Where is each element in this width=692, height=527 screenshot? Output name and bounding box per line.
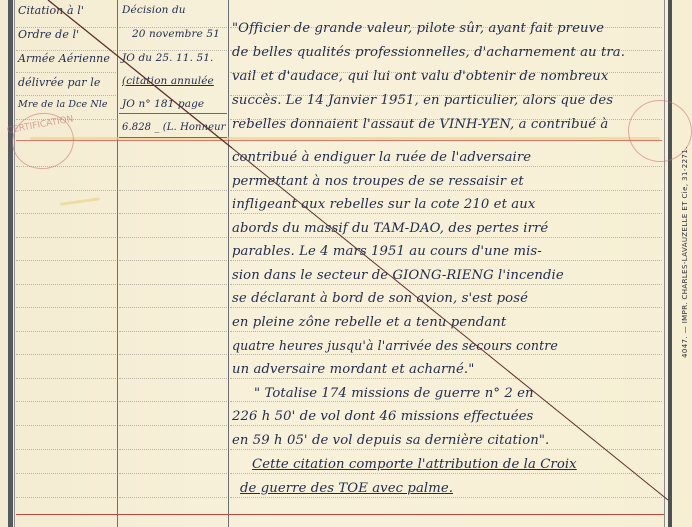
yellow-stain	[60, 197, 100, 206]
citation-decoration-line: Cette citation comporte l'attribution de…	[252, 457, 577, 472]
left-border-thin-rule	[14, 0, 15, 527]
citation-line: 226 h 50' de vol dont 46 missions effect…	[232, 409, 533, 424]
document-page: CERTIFICATION Citation à l' Ordre de l' …	[0, 0, 692, 527]
left-column-line: Citation à l'	[18, 4, 84, 17]
left-border-rule	[8, 0, 13, 527]
middle-column-line: (citation annulée	[122, 75, 214, 87]
red-underline	[119, 137, 227, 138]
middle-column-line: JO n° 181 page	[122, 98, 204, 110]
citation-line: de belles qualités professionnelles, d'a…	[232, 45, 625, 60]
right-border-thin-rule	[664, 0, 665, 527]
middle-column-line: 6.828 _ (L. Honneur	[122, 122, 226, 133]
citation-line: quatre heures jusqu'à l'arrivée des seco…	[232, 338, 558, 353]
printer-imprint: 4047. — IMPR. CHARLES-LAVAUZELLE ET Cie,…	[681, 146, 689, 358]
middle-column-line: 20 novembre 51	[132, 28, 220, 40]
left-column-line: Armée Aérienne	[18, 52, 110, 65]
column-divider-1	[117, 0, 118, 527]
citation-line: un adversaire mordant et acharné."	[232, 362, 474, 377]
citation-line: en 59 h 05' de vol depuis sa dernière ci…	[232, 433, 549, 448]
left-column-line: délivrée par le	[18, 76, 100, 89]
citation-line: en pleine zône rebelle et a tenu pendant	[232, 315, 506, 330]
middle-column-line: JO du 25. 11. 51.	[122, 52, 213, 64]
right-border-rule	[668, 0, 672, 527]
citation-line: " Totalise 174 missions de guerre n° 2 e…	[254, 386, 534, 401]
citation-line: permettant à nos troupes de se ressaisir…	[232, 174, 524, 189]
citation-line: succès. Le 14 Janvier 1951, en particuli…	[232, 93, 613, 108]
left-column-line: Mre de la Dce Nle	[18, 99, 108, 110]
certification-stamp-left: CERTIFICATION	[8, 108, 79, 174]
citation-line: contribué à endiguer la ruée de l'advers…	[232, 150, 531, 165]
citation-line: abords du massif du TAM-DAO, des pertes …	[232, 221, 548, 236]
citation-decoration-line: de guerre des TOE avec palme.	[240, 481, 453, 496]
citation-line: se déclarant à bord de son avion, s'est …	[232, 291, 528, 306]
citation-line: parables. Le 4 mars 1951 au cours d'une …	[232, 244, 542, 259]
bottom-red-rule	[16, 514, 664, 515]
citation-line: rebelles donnaient l'assaut de VINH-YEN,…	[232, 117, 608, 132]
section-red-rule	[16, 140, 662, 141]
red-underline	[119, 113, 227, 114]
citation-line: infligeant aux rebelles sur la cote 210 …	[232, 197, 535, 212]
citation-line: "Officier de grande valeur, pilote sûr, …	[232, 21, 604, 36]
left-column-line: Ordre de l'	[18, 28, 79, 41]
stamp-text: CERTIFICATION	[6, 114, 74, 136]
middle-column-line: Décision du	[122, 4, 186, 16]
citation-line: vail et d'audace, qui lui ont valu d'obt…	[232, 69, 608, 84]
column-divider-2	[228, 0, 229, 527]
citation-line: sion dans le secteur de GIONG-RIENG l'in…	[232, 268, 564, 283]
